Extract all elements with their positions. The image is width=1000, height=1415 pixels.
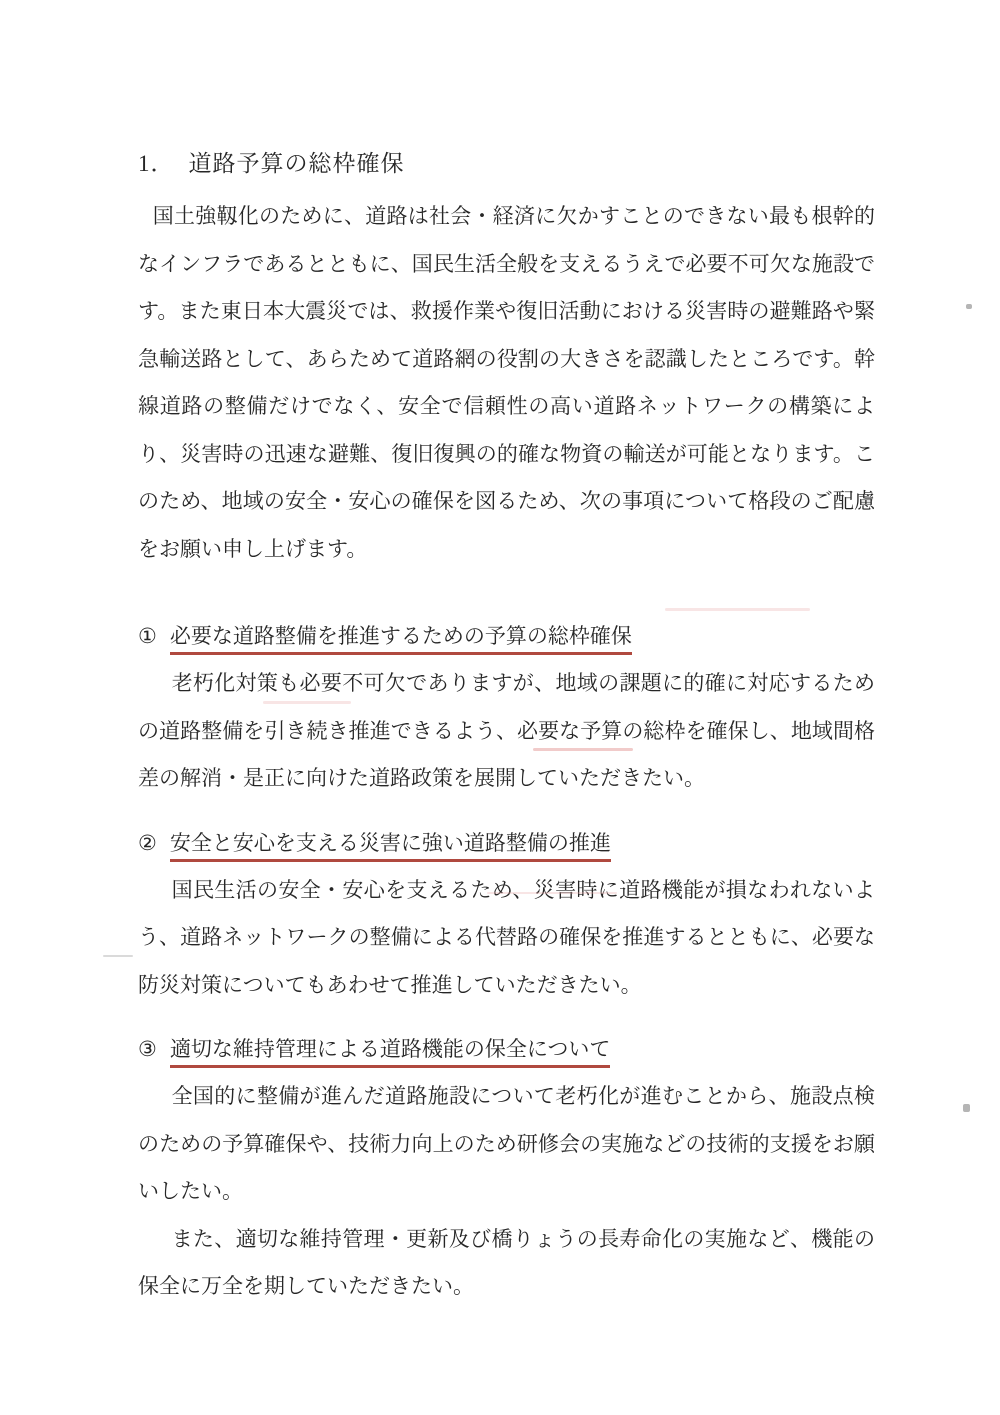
scanned-document-page: 1．道路予算の総枠確保 国土強靱化のために、道路は社会・経済に欠かすことのできな… xyxy=(0,0,1000,1415)
section-paragraph: また、適切な維持管理・更新及び橋りょうの長寿命化の実施など、機能の保全に万全を期… xyxy=(138,1216,875,1311)
section-1: ①必要な道路整備を推進するための予算の総枠確保 老朽化対策も必要不可欠であります… xyxy=(138,623,875,803)
scan-artifact xyxy=(103,955,133,957)
document-body: 1．道路予算の総枠確保 国土強靱化のために、道路は社会・経済に欠かすことのできな… xyxy=(138,150,875,1311)
section-number: ② xyxy=(138,831,157,855)
section-number: ③ xyxy=(138,1037,157,1061)
section-number: ① xyxy=(138,624,157,648)
section-heading: ③適切な維持管理による道路機能の保全について xyxy=(138,1036,875,1063)
section-heading: ②安全と安心を支える災害に強い道路整備の推進 xyxy=(138,830,875,857)
page-title-text: 道路予算の総枠確保 xyxy=(189,151,405,176)
page-title: 1．道路予算の総枠確保 xyxy=(138,150,875,177)
section-heading: ①必要な道路整備を推進するための予算の総枠確保 xyxy=(138,623,875,650)
section-3: ③適切な維持管理による道路機能の保全について 全国的に整備が進んだ道路施設につい… xyxy=(138,1036,875,1311)
page-title-number: 1． xyxy=(138,151,175,176)
section-paragraph: 全国的に整備が進んだ道路施設について老朽化が進むことから、施設点検のための予算確… xyxy=(138,1073,875,1216)
intro-paragraph: 国土強靱化のために、道路は社会・経済に欠かすことのできない最も根幹的なインフラで… xyxy=(138,193,875,573)
scan-speck xyxy=(963,1104,970,1112)
section-heading-text: 安全と安心を支える災害に強い道路整備の推進 xyxy=(170,831,611,862)
section-2: ②安全と安心を支える災害に強い道路整備の推進 国民生活の安全・安心を支えるため、… xyxy=(138,830,875,1010)
section-heading-text: 適切な維持管理による道路機能の保全について xyxy=(170,1037,611,1068)
section-heading-text: 必要な道路整備を推進するための予算の総枠確保 xyxy=(170,624,632,655)
section-paragraph: 老朽化対策も必要不可欠でありますが、地域の課題に的確に対応するための道路整備を引… xyxy=(138,660,875,803)
scan-speck xyxy=(966,304,972,309)
section-paragraph: 国民生活の安全・安心を支えるため、災害時に道路機能が損なわれないよう、道路ネット… xyxy=(138,867,875,1010)
